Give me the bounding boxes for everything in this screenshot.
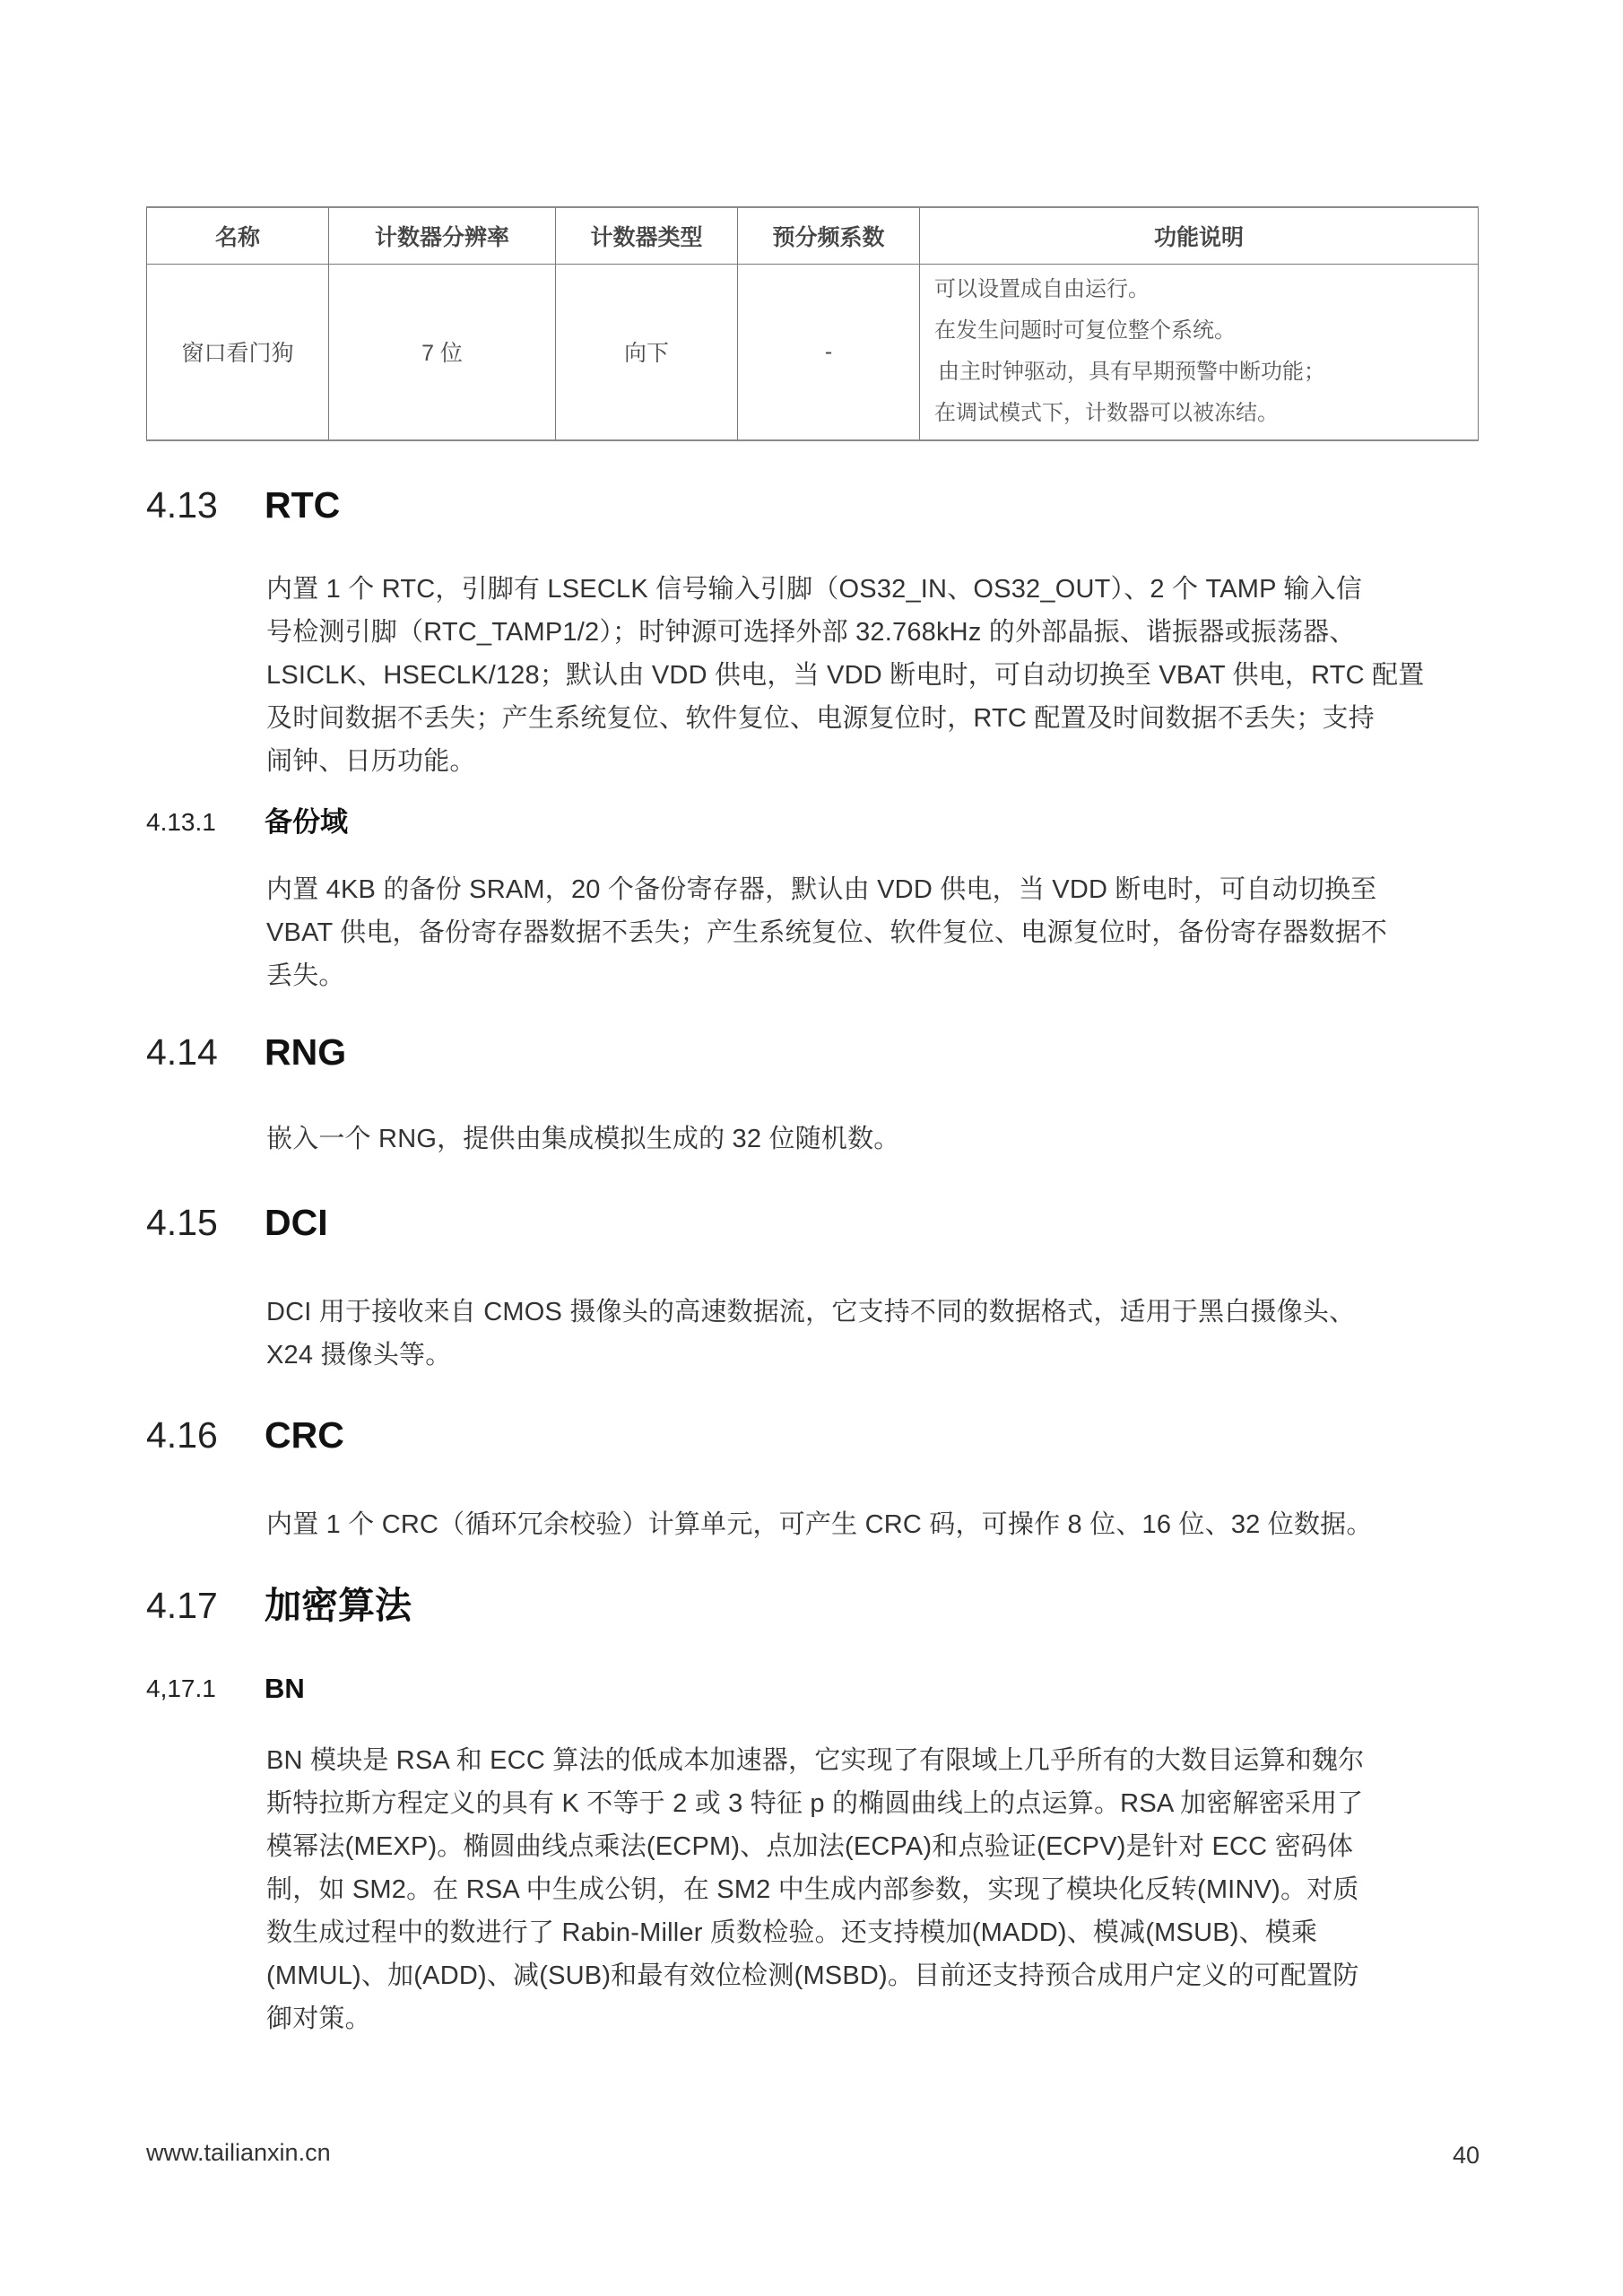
paragraph-line: LSICLK、HSECLK/128；默认由 VDD 供电，当 VDD 断电时，可… (266, 654, 1486, 697)
paragraph-line: 内置 1 个 RTC，引脚有 LSECLK 信号输入引脚（OS32_IN、OS3… (266, 568, 1486, 611)
paragraph-line: X24 摄像头等。 (266, 1334, 1486, 1377)
paragraph-line: DCI 用于接收来自 CMOS 摄像头的高速数据流，它支持不同的数据格式，适用于… (266, 1291, 1486, 1334)
paragraph-line: 制，如 SM2。在 RSA 中生成公钥，在 SM2 中生成内部参数，实现了模块化… (266, 1868, 1486, 1911)
paragraph-line: (MMUL)、加(ADD)、减(SUB)和最有效位检测(MSBD)。目前还支持预… (266, 1954, 1486, 1997)
paragraph-line: 模幂法(MEXP)。椭圆曲线点乘法(ECPM)、点加法(ECPA)和点验证(EC… (266, 1825, 1486, 1868)
section-number: 4.13 (146, 483, 218, 527)
paragraph-line: 内置 1 个 CRC（循环冗余校验）计算单元，可产生 CRC 码，可操作 8 位… (266, 1503, 1486, 1546)
description-line: 在发生问题时可复位整个系统。 (934, 310, 1478, 352)
watchdog-table: 名称 计数器分辨率 计数器类型 预分频系数 功能说明 窗口看门狗 7 位 向下 … (146, 206, 1479, 441)
paragraph-line: 御对策。 (266, 1997, 1486, 2040)
section-number: 4.16 (146, 1413, 218, 1457)
section-number: 4.15 (146, 1200, 218, 1245)
table-row: 窗口看门狗 7 位 向下 - 可以设置成自由运行。 在发生问题时可复位整个系统。… (147, 264, 1479, 440)
paragraph-line: 数生成过程中的数进行了 Rabin-Miller 质数检验。还支持模加(MADD… (266, 1911, 1486, 1954)
section-title: 加密算法 (265, 1583, 412, 1628)
section-number: 4.17 (146, 1583, 218, 1628)
section-title: CRC (265, 1413, 344, 1457)
section-title: DCI (265, 1200, 328, 1245)
header-counter-type: 计数器类型 (556, 207, 738, 264)
footer-website-link[interactable]: www.tailianxin.cn (146, 2139, 331, 2167)
description-line: 由主时钟驱动，具有早期预警中断功能； (934, 352, 1478, 393)
section-number: 4.14 (146, 1030, 218, 1074)
section-title: RTC (265, 483, 340, 527)
dci-paragraph: DCI 用于接收来自 CMOS 摄像头的高速数据流，它支持不同的数据格式，适用于… (266, 1291, 1486, 1377)
paragraph-line: BN 模块是 RSA 和 ECC 算法的低成本加速器，它实现了有限域上几乎所有的… (266, 1739, 1486, 1782)
paragraph-line: 斯特拉斯方程定义的具有 K 不等于 2 或 3 特征 p 的椭圆曲线上的点运算。… (266, 1782, 1486, 1825)
backup-paragraph: 内置 4KB 的备份 SRAM，20 个备份寄存器，默认由 VDD 供电，当 V… (266, 868, 1486, 997)
paragraph-line: VBAT 供电，备份寄存器数据不丢失；产生系统复位、软件复位、电源复位时，备份寄… (266, 911, 1486, 954)
cell-counter-type: 向下 (556, 264, 738, 440)
cell-name: 窗口看门狗 (147, 264, 329, 440)
description-line: 在调试模式下，计数器可以被冻结。 (934, 393, 1478, 434)
description-line: 可以设置成自由运行。 (934, 269, 1478, 310)
subsection-number: 4,17.1 (146, 1671, 216, 1707)
bn-paragraph: BN 模块是 RSA 和 ECC 算法的低成本加速器，它实现了有限域上几乎所有的… (266, 1739, 1486, 2040)
header-resolution: 计数器分辨率 (329, 207, 556, 264)
paragraph-line: 号检测引脚（RTC_TAMP1/2）；时钟源可选择外部 32.768kHz 的外… (266, 611, 1486, 654)
cell-resolution: 7 位 (329, 264, 556, 440)
paragraph-line: 及时间数据不丢失；产生系统复位、软件复位、电源复位时，RTC 配置及时间数据不丢… (266, 697, 1486, 740)
paragraph-line: 内置 4KB 的备份 SRAM，20 个备份寄存器，默认由 VDD 供电，当 V… (266, 868, 1486, 911)
cell-description: 可以设置成自由运行。 在发生问题时可复位整个系统。 由主时钟驱动，具有早期预警中… (920, 264, 1479, 440)
rng-paragraph: 嵌入一个 RNG，提供由集成模拟生成的 32 位随机数。 (266, 1118, 1486, 1161)
subsection-title: 备份域 (265, 804, 348, 840)
page-number: 40 (1453, 2142, 1480, 2170)
header-name: 名称 (147, 207, 329, 264)
paragraph-line: 丢失。 (266, 954, 1486, 997)
subsection-number: 4.13.1 (146, 804, 216, 840)
table-header-row: 名称 计数器分辨率 计数器类型 预分频系数 功能说明 (147, 207, 1479, 264)
cell-prescaler: - (738, 264, 920, 440)
section-title: RNG (265, 1030, 346, 1074)
paragraph-line: 闹钟、日历功能。 (266, 740, 1486, 783)
header-description: 功能说明 (920, 207, 1479, 264)
crc-paragraph: 内置 1 个 CRC（循环冗余校验）计算单元，可产生 CRC 码，可操作 8 位… (266, 1503, 1486, 1546)
header-prescaler: 预分频系数 (738, 207, 920, 264)
rtc-paragraph: 内置 1 个 RTC，引脚有 LSECLK 信号输入引脚（OS32_IN、OS3… (266, 568, 1486, 783)
paragraph-line: 嵌入一个 RNG，提供由集成模拟生成的 32 位随机数。 (266, 1118, 1486, 1161)
subsection-title: BN (265, 1671, 305, 1707)
